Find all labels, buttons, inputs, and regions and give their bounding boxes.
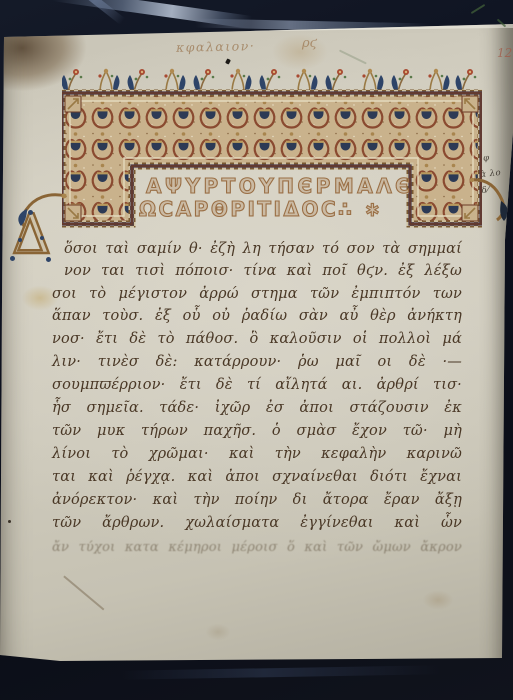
- text-line: ἧσ σημεῖα. τάδε· ἰχῶρ ἐσ ἀποι στάζουσιν …: [52, 400, 462, 420]
- light-streak: [120, 665, 440, 680]
- initial-dot: [46, 257, 51, 262]
- text-line: ἅπαν τοὺσ. ἐξ οὗ οὐ ῥαδίω σὰν αὖ θὲρ ἀνή…: [52, 308, 462, 328]
- text-line: ἄν τύχοι κατα κέμηροι μέροισ ὅ καὶ τῶν ὤ…: [52, 540, 462, 560]
- initial-dot: [28, 210, 33, 215]
- text-line: λιν· τινὲσ δὲ: κατάρρουν· ῥω μαῖ οι δὲ ·…: [52, 354, 462, 374]
- text-line: νον ται τισὶ πόποισ· τίνα καὶ ποῖ θϛν. ἐ…: [64, 263, 462, 283]
- top-annotation-number: ρϛ: [302, 36, 317, 51]
- text-line: ὅσοι ταὶ σαμίν θ· ἐζὴ λη τήσαν τό σον τὰ…: [64, 241, 462, 261]
- text-line: τῶν μυκ τήρων παχῆσ. ὁ σμὰσ ἔχον τῶ· μὴ: [52, 423, 462, 443]
- title-line-2: ΩϹΑΡΘΡΙΤΙΔΟϹ∴ ∗: [139, 197, 383, 221]
- initial-dot: [40, 236, 44, 240]
- light-streak: [52, 0, 252, 29]
- page-edge-highlight: [0, 24, 513, 34]
- scratch-mark: [64, 575, 105, 610]
- initial-dot: [10, 256, 15, 261]
- parchment-page: κφαλαιον· ρϛ 12 λ΄ φ Μὰ λο ϗ δ⁄: [0, 0, 513, 700]
- initial-delta: Δ: [12, 208, 51, 262]
- fiber-speck: [471, 4, 486, 14]
- text-line: σουμπϖέρριον· ἔτι δὲ τί αἴλητά αι. ἀρθρί…: [52, 377, 462, 397]
- text-line: ται καὶ ῥέγχᾳ. καὶ ἀποι σχναίνεθαι διότι…: [52, 469, 462, 489]
- text-line: τῶν ἄρθρων. χωλαίσματα ἐγγίνεθαι καὶ ὧν: [52, 515, 462, 535]
- initial-dot: [18, 238, 22, 242]
- title-line-1: ΑΨΥΡΤΟΥΠЄΡΜΑΛЄ: [146, 174, 413, 198]
- folio-number: 12: [497, 46, 512, 60]
- text-line: σοι τὸ μέγιστον ἀρρώ στημα τῶν ἐμπιπτόν …: [52, 286, 462, 306]
- light-streak: [65, 0, 125, 25]
- text-line: ἀνόρεκτον· καὶ τὴν ποίην δι ἄτορα ἔραν ἄ…: [52, 492, 462, 512]
- text-line: λίνοι τὸ χρῶμαι· καὶ τὴν κεφαλὴν καρινῶ: [52, 446, 462, 466]
- top-annotation: κφαλαιον·: [176, 38, 256, 55]
- photo-frame: κφαλαιον· ρϛ 12 λ΄ φ Μὰ λο ϗ δ⁄: [0, 0, 513, 700]
- margin-dot: [8, 520, 11, 523]
- text-line: νοσ· ἔτι δὲ τὸ πάθοσ. ὃ καλοῦσιν οἱ πολλ…: [52, 331, 462, 351]
